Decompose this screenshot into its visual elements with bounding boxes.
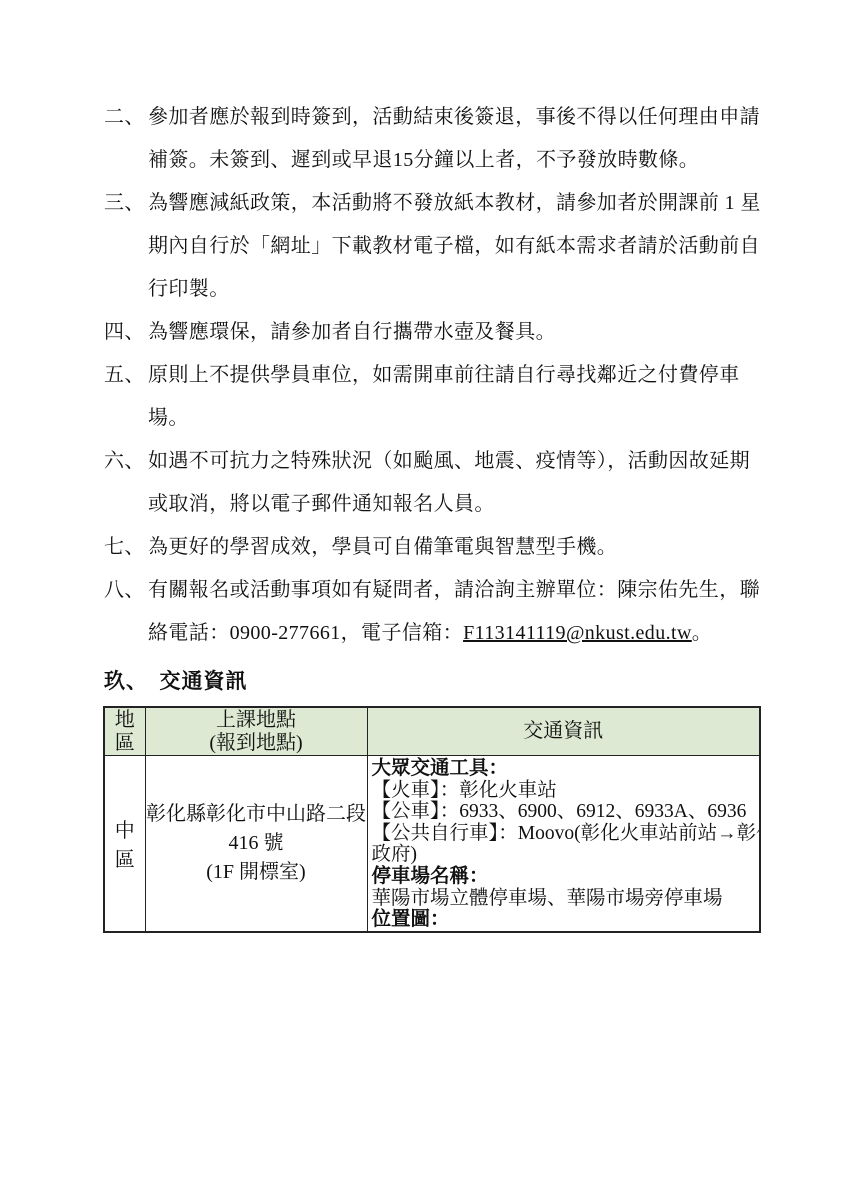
rule-text: 為響應減紙政策，本活動將不發放紙本教材，請參加者於開課前 1 星 期內自行於「網… — [148, 182, 762, 311]
rule-item-6: 六、 如遇不可抗力之特殊狀況（如颱風、地震、疫情等），活動因故延期 或取消，將以… — [104, 440, 762, 526]
header-cell-region: 地區 — [104, 707, 145, 756]
transport-table: 地區 上課地點 (報到地點) 交通資訊 中區 彰化縣彰化市中山路二段 416 號… — [103, 706, 761, 933]
rule-item-5: 五、 原則上不提供學員車位，如需開車前往請自行尋找鄰近之付費停車場。 — [104, 354, 762, 440]
rule-text: 原則上不提供學員車位，如需開車前往請自行尋找鄰近之付費停車場。 — [148, 354, 762, 440]
table-row: 中區 彰化縣彰化市中山路二段 416 號 (1F 開標室) 大眾交通工具： 【火… — [104, 756, 760, 932]
rule-marker: 四、 — [104, 311, 148, 354]
rule-marker: 五、 — [104, 354, 148, 440]
rule-marker: 六、 — [104, 440, 148, 526]
transport-line-bus: 【公車】：6933、6900、6912、6933A、6936 — [372, 801, 760, 823]
document-body: 二、 參加者應於報到時簽到，活動結束後簽退，事後不得以任何理由申請 補簽。未簽到… — [104, 96, 762, 933]
transport-line-map-label: 位置圖： — [372, 909, 760, 931]
sentence-end: 。 — [692, 622, 712, 644]
transport-line-train: 【火車】：彰化火車站 — [372, 780, 760, 802]
rule-marker: 七、 — [104, 526, 148, 569]
rule-item-4: 四、 為響應環保，請參加者自行攜帶水壺及餐具。 — [104, 311, 762, 354]
table-header-row: 地區 上課地點 (報到地點) 交通資訊 — [104, 707, 760, 756]
rule-marker: 二、 — [104, 96, 148, 182]
rule-item-2: 二、 參加者應於報到時簽到，活動結束後簽退，事後不得以任何理由申請 補簽。未簽到… — [104, 96, 762, 182]
document-page: 二、 參加者應於報到時簽到，活動結束後簽退，事後不得以任何理由申請 補簽。未簽到… — [0, 0, 849, 1200]
rule-marker: 八、 — [104, 569, 148, 655]
transport-line-bike: 【公共自行車】：Moovo(彰化火車站前站→彰化縣 — [372, 823, 760, 845]
rule-text: 為更好的學習成效，學員可自備筆電與智慧型手機。 — [148, 526, 762, 569]
rule-item-8: 八、 有關報名或活動事項如有疑問者，請洽詢主辦單位：陳宗佑先生，聯 絡電話：09… — [104, 569, 762, 655]
rule-item-7: 七、 為更好的學習成效，學員可自備筆電與智慧型手機。 — [104, 526, 762, 569]
transport-line-bike-wrap: 政府) — [372, 844, 760, 866]
transport-cell: 大眾交通工具： 【火車】：彰化火車站 【公車】：6933、6900、6912、6… — [367, 756, 760, 932]
header-cell-transport: 交通資訊 — [367, 707, 760, 756]
section-heading-transport: 玖、 交通資訊 — [104, 660, 762, 703]
header-cell-location: 上課地點 (報到地點) — [145, 707, 367, 756]
region-cell: 中區 — [104, 756, 145, 932]
email-link[interactable]: F113141119@nkust.edu.tw — [463, 622, 692, 644]
rule-item-3: 三、 為響應減紙政策，本活動將不發放紙本教材，請參加者於開課前 1 星 期內自行… — [104, 182, 762, 311]
rule-marker: 三、 — [104, 182, 148, 311]
rule-text: 參加者應於報到時簽到，活動結束後簽退，事後不得以任何理由申請 補簽。未簽到、遲到… — [148, 96, 762, 182]
transport-line-parking-label: 停車場名稱： — [372, 866, 760, 888]
transport-line-parking: 華陽市場立體停車場、華陽市場旁停車場 — [372, 888, 760, 910]
location-cell: 彰化縣彰化市中山路二段 416 號 (1F 開標室) — [145, 756, 367, 932]
rule-text: 如遇不可抗力之特殊狀況（如颱風、地震、疫情等），活動因故延期 或取消，將以電子郵… — [148, 440, 762, 526]
transport-line-public-label: 大眾交通工具： — [372, 758, 760, 780]
rule-text: 為響應環保，請參加者自行攜帶水壺及餐具。 — [148, 311, 762, 354]
rule-text: 有關報名或活動事項如有疑問者，請洽詢主辦單位：陳宗佑先生，聯 絡電話：0900-… — [148, 569, 762, 655]
